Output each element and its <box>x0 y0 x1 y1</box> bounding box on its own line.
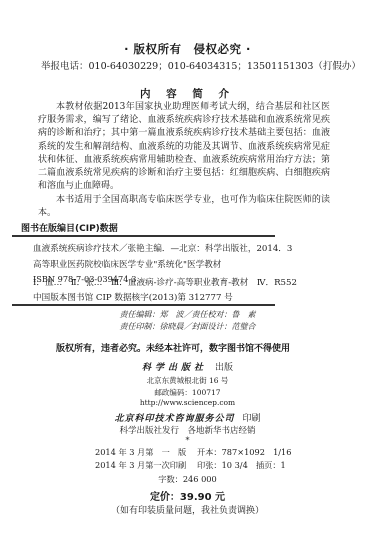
divider-rule <box>12 304 275 306</box>
publisher-line: 科学出版社出版 <box>0 360 375 373</box>
intro-paragraph: 本教材依据2013年国家执业助理医师考试大纲，结合基层和社区医疗服务需求，编写了… <box>38 101 330 193</box>
printer-name: 北京科印技术咨询服务公司 <box>114 414 234 424</box>
publisher-address: 北京东黄城根北街 16 号 <box>0 375 375 386</box>
postcode: 邮政编码：100717 <box>0 387 375 398</box>
cip-line: 血液系统疾病诊疗技术／张艳主编．—北京：科学出版社，2014．3 <box>33 242 292 254</box>
cip-line: 高等职业医药院校临床医学专业"系统化"医学教材 <box>33 258 221 270</box>
production-credits: 责任印制：徐晓晨／封面设计：范璧合 <box>0 321 375 332</box>
distributor-line: 科学出版社发行 各地新华书店经销 <box>0 424 375 436</box>
printer-line: 北京科印技术咨询服务公司印刷 <box>0 411 375 424</box>
quality-note: （如有印装质量问题，我社负责调换） <box>0 503 375 516</box>
rights-notice: 版权所有，违者必究。未经本社许可，数字图书馆不得使用 <box>56 341 290 354</box>
sheets-value: 10 3/4 插页：1 <box>222 460 286 471</box>
website-link[interactable]: http://www.sciencep.com <box>0 398 375 407</box>
edition-row: 2014 年 3 月第 一 版开本：787×1092 1/16 <box>95 447 291 458</box>
publisher-name: 科学出版社 <box>142 363 207 373</box>
printing-date: 2014 年 3 月第一次印刷 <box>95 460 197 471</box>
intro-title: 内 容 简 介 <box>0 86 375 101</box>
copyright-heading: · 版权所有 侵权必究 · <box>0 41 375 57</box>
printer-suffix: 印刷 <box>243 414 261 424</box>
publisher-suffix: 出版 <box>215 363 233 373</box>
format-value: 787×1092 1/16 <box>222 447 292 458</box>
sheets-label: 印张： <box>197 460 222 471</box>
separator-star: * <box>0 436 375 445</box>
editor-credits: 责任编辑：郑 波／责任校对：鲁 素 <box>0 309 375 320</box>
format-label: 开本： <box>197 447 222 458</box>
report-phone-line: 举报电话：010-64030229；010-64034315；135011513… <box>41 58 361 72</box>
edition-date: 2014 年 3 月第 一 版 <box>95 447 197 458</box>
word-count: 字数：246 000 <box>0 474 375 485</box>
divider-rule <box>12 235 275 237</box>
cip-number: 中国版本图书馆 CIP 数据核字(2013)第 312777 号 <box>33 291 233 303</box>
cip-classification-visible: Ⅰ．血… Ⅱ．张… Ⅲ．血液病-诊疗-高等职业教育-教材 Ⅳ．R552 <box>33 276 297 288</box>
intro-paragraph: 本书适用于全国高职高专临床医学专业，也可作为临床住院医师的读本。 <box>38 194 330 220</box>
printing-row: 2014 年 3 月第一次印刷印张：10 3/4 插页：1 <box>95 460 286 471</box>
cip-heading: 图书在版编目(CIP)数据 <box>21 221 118 234</box>
price: 定价：39.90 元 <box>0 488 375 503</box>
